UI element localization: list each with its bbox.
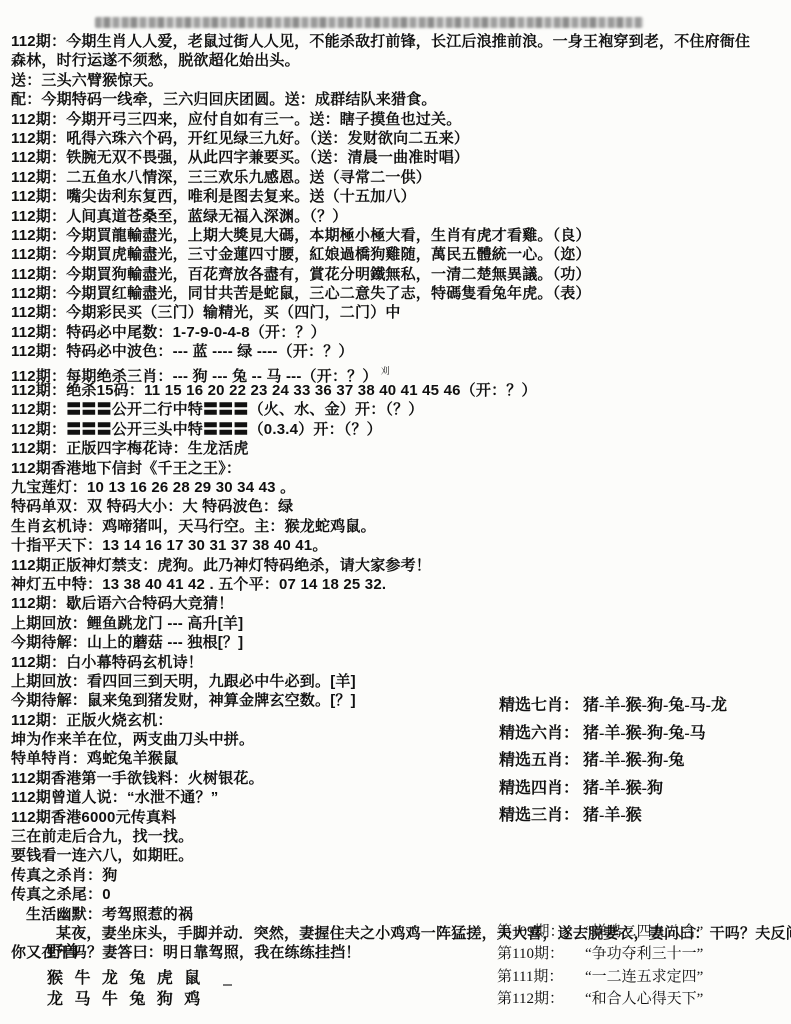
scan-noise-mark: [223, 984, 232, 986]
issue-label: 第111期：: [497, 965, 585, 987]
issue-label: 第112期：: [497, 987, 585, 1009]
issue-label: 第109期：: [497, 920, 585, 942]
text-line: 112期：特码必中波色：--- 蓝 ---- 绿 ----（开：？）: [11, 342, 787, 361]
text-line: 上期回放：鲤鱼跳龙门 --- 高升[羊]: [11, 614, 787, 633]
text-line: 112期：二五鱼水八情深，三三欢乐九感恩。送（寻常二一供）: [11, 168, 787, 187]
beast-zodiac-row: 猴 牛 龙 兔 虎 鼠: [47, 969, 203, 990]
beast-zodiac-rows: 猴 牛 龙 兔 虎 鼠 龙 马 牛 兔 狗 鸡: [47, 969, 203, 1010]
text-line: 112期：正版四字梅花诗：生龙活虎: [11, 439, 787, 458]
text-line: 112期：嘴尖齿利东复西，唯利是图去复来。送（十五加八）: [11, 187, 787, 206]
cut-off-header-smudge: [95, 17, 643, 28]
text-line: 112期：今期買龍輸盡光，上期大獎見大碼，本期極小極大看，生肖有虎才看雞。（良）: [11, 226, 787, 245]
issue-result-row: 第109期：“蝉鸣二四九八合”: [497, 920, 703, 942]
text-line: 生肖玄机诗：鸡啼猪叫，天马行空。主：猴龙蛇鸡鼠。: [11, 517, 787, 536]
selection-label: 精选六肖：: [499, 725, 579, 742]
text-line: 112期香港地下信封《千王之王》：: [11, 459, 787, 478]
text-line: 十指平天下：13 14 16 17 30 31 37 38 40 41。: [11, 536, 787, 555]
issue-quote: “一二连五求定四”: [585, 965, 703, 987]
selection-label: 精选七肖：: [499, 697, 579, 714]
selection-row: 精选七肖：猪-羊-猴-狗-兔-马-龙: [499, 692, 727, 720]
text-line: 特码单双：双 特码大小：大 特码波色：绿: [11, 497, 787, 516]
beast-section: 野兽 猴 牛 龙 兔 虎 鼠 龙 马 牛 兔 狗 鸡: [47, 944, 203, 1010]
text-line: 112期：今期買虎輸盡光，三寸金蓮四寸腰，紅娘過橋狗雞随，萬民五體統一心。（迩）: [11, 245, 787, 264]
text-line: 要钱看一连六八，如期旺。: [11, 846, 787, 865]
selection-row: 精选三肖：猪-羊-猴: [499, 802, 727, 830]
text-line: 112期：特码必中尾数：1-7-9-0-4-8（开：？）: [11, 323, 787, 342]
lottery-tip-sheet-page: 112期：今期生肖人人爱，老鼠过街人人见，不能杀敌打前锋，长江后浪推前浪。一身王…: [0, 0, 791, 1024]
text-line: 112期：今期生肖人人爱，老鼠过街人人见，不能杀敌打前锋，长江后浪推前浪。一身王…: [11, 32, 787, 51]
text-line: 森林，时行运遂不须愁，脱欲超化始出头。: [11, 51, 787, 70]
text-line: 九宝莲灯：10 13 16 26 28 29 30 34 43 。: [11, 478, 787, 497]
selection-label: 精选三肖：: [499, 807, 579, 824]
beast-label: 野兽: [47, 944, 203, 962]
selection-zodiacs: 猪-羊-猴-狗-兔: [583, 752, 684, 769]
selection-label: 精选五肖：: [499, 752, 579, 769]
selection-row: 精选四肖：猪-羊-猴-狗: [499, 775, 727, 803]
text-line: 112期：绝杀15码：11 15 16 20 22 23 24 33 36 37…: [11, 381, 787, 400]
issue-label: 第110期：: [497, 942, 585, 964]
text-line: 送：三头六臂猴惊天。: [11, 71, 787, 90]
issue-result-row: 第110期：“争功夺利三十一”: [497, 942, 703, 964]
selection-zodiacs: 猪-羊-猴-狗: [583, 780, 663, 797]
text-line: 112期：〓〓〓公开三头中特〓〓〓（0.3.4）开：（？）: [11, 420, 787, 439]
selection-label: 精选四肖：: [499, 780, 579, 797]
selection-row: 精选五肖：猪-羊-猴-狗-兔: [499, 747, 727, 775]
text-line: 112期：人间真道苍桑至，蓝绿无福入深渊。（？）: [11, 207, 787, 226]
text-line: 传真之杀肖：狗: [11, 866, 787, 885]
text-line: 上期回放：看四回三到天明，九跟必中牛必到。[羊]: [11, 672, 787, 691]
selection-zodiacs: 猪-羊-猴-狗-兔-马-龙: [583, 697, 727, 714]
text-line: 112期：歇后语六合特码大竞猜！: [11, 594, 787, 613]
text-line: 神灯五中特：13 38 40 41 42 . 五个平：07 14 18 25 3…: [11, 575, 787, 594]
stray-mark: 刈: [381, 366, 390, 376]
issue-result-row: 第111期：“一二连五求定四”: [497, 965, 703, 987]
text-line: 112期：吼得六珠六个码，开红见绿三九好。（送：发财欲向二五来）: [11, 129, 787, 148]
text-line: 112期：〓〓〓公开二行中特〓〓〓（火、水、金）开：（？）: [11, 400, 787, 419]
selection-zodiacs: 猪-羊-猴-狗-兔-马: [583, 725, 706, 742]
text-line: 112期：今期开弓三四来，应付自如有三一。送：瞎子摸鱼也过关。: [11, 110, 787, 129]
issue-quote: “争功夺利三十一”: [585, 942, 703, 964]
text-line: 112期：今期彩民买（三门）输精光，买（四门，二门）中: [11, 303, 787, 322]
text-line: 配：今期特码一线牵，三六归回庆团圆。送：成群结队来猎食。: [11, 90, 787, 109]
text-line: 112期：白小幕特码玄机诗！: [11, 653, 787, 672]
text-line: 传真之杀尾：0: [11, 885, 787, 904]
text-line: 今期待解：山上的蘑菇 --- 独根[？]: [11, 633, 787, 652]
issue-result-row: 第112期：“和合人心得天下”: [497, 987, 703, 1009]
text-line: 112期正版神灯禁支：虎狗。此乃神灯特码绝杀，请大家参考！: [11, 556, 787, 575]
text-line: 112期：每期绝杀三肖：--- 狗 --- 兔 -- 马 ---（开：？）刈: [11, 362, 787, 381]
text-line: 112期：今期買红輸盡光，同甘共苦是蛇鼠，三心二意失了志，特碼隻看兔年虎。（表）: [11, 284, 787, 303]
issue-results-list: 第109期：“蝉鸣二四九八合” 第110期：“争功夺利三十一” 第111期：“一…: [497, 920, 703, 1010]
zodiac-selection-list: 精选七肖：猪-羊-猴-狗-兔-马-龙 精选六肖：猪-羊-猴-狗-兔-马 精选五肖…: [499, 692, 727, 830]
issue-quote: “和合人心得天下”: [585, 987, 703, 1009]
issue-quote: “蝉鸣二四九八合”: [585, 920, 703, 942]
text-line: 112期：今期買狗輸盡光，百花齊放各盡有，賞花分明鐵無私，一清二楚無異議。（功）: [11, 265, 787, 284]
selection-row: 精选六肖：猪-羊-猴-狗-兔-马: [499, 720, 727, 748]
text-line: 112期：铁腕无双不畏强，从此四字兼要买。（送：清晨一曲准时唱）: [11, 148, 787, 167]
selection-zodiacs: 猪-羊-猴: [583, 807, 642, 824]
beast-zodiac-row: 龙 马 牛 兔 狗 鸡: [47, 990, 203, 1011]
